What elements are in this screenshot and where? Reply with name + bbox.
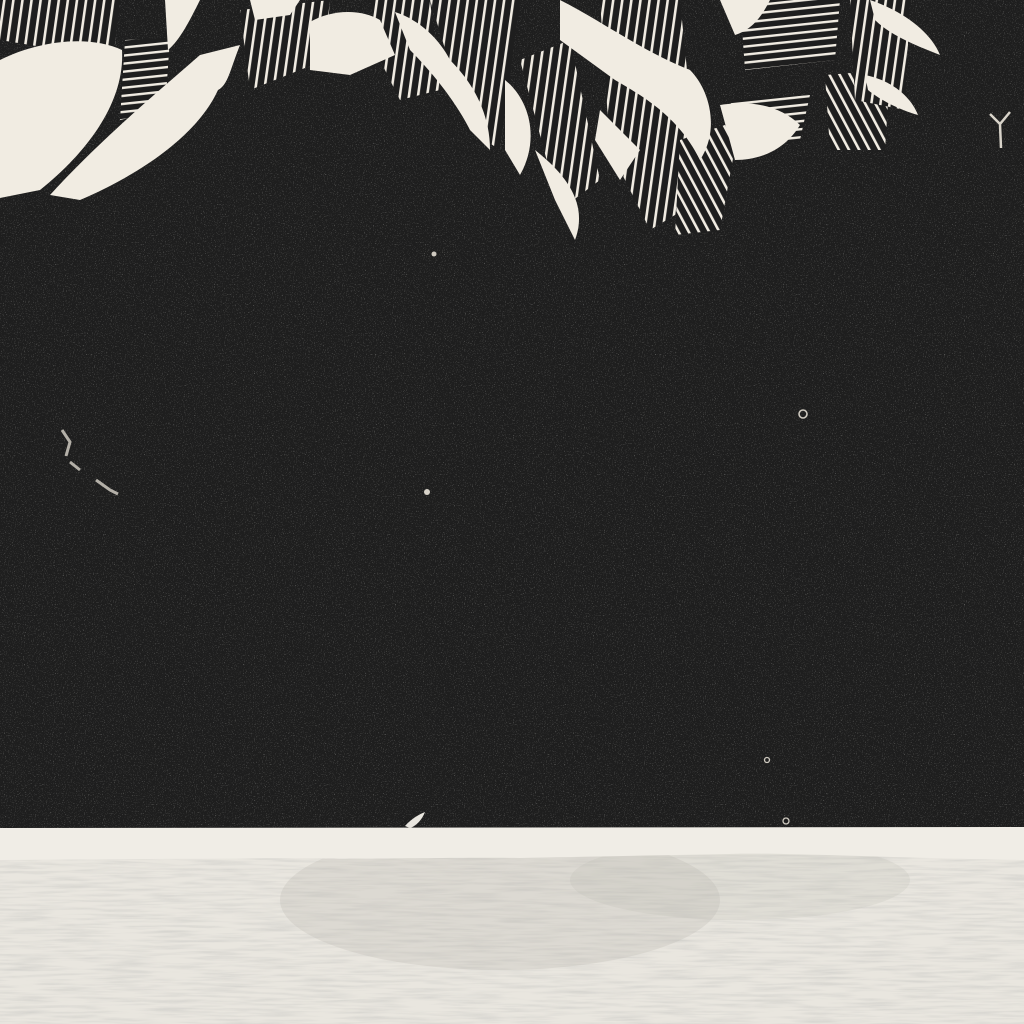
woodcut-artwork: [0, 0, 1024, 1024]
paper-margin: [0, 830, 1024, 1024]
